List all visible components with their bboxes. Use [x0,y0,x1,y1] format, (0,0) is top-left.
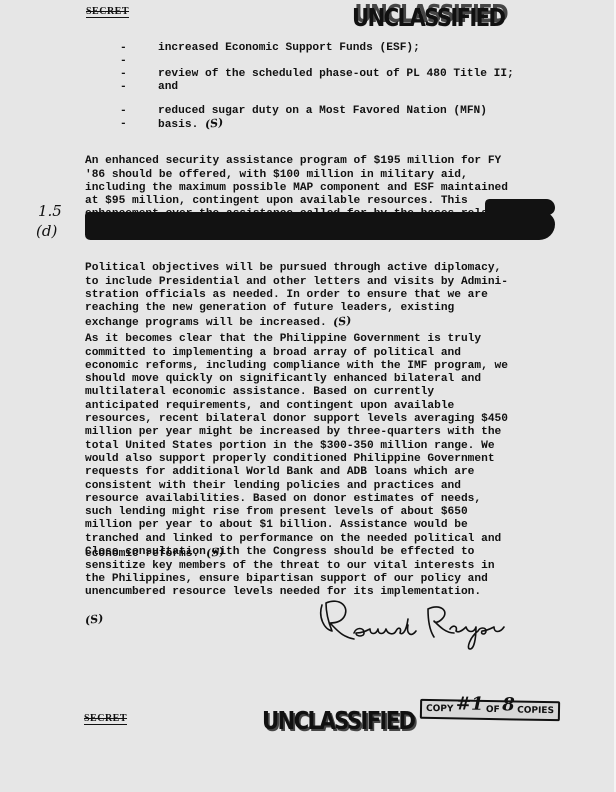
classification-mark: (S) [84,612,104,628]
copy-number-stamp: COPY #1 OF 8 COPIES [420,699,560,721]
paragraph-economic-assistance: As it becomes clear that the Philippine … [85,320,555,561]
header-unclassified-stamp: UNCLASSIFIED UNCLASSIFIED [352,3,504,32]
footer-unclassified-stamp: UNCLASSIFIED UNCLASSIFIED [262,706,414,735]
redaction-bar [85,212,555,240]
signature-ronald-reagan-icon [310,595,510,655]
bullet-dash: -- [120,68,127,93]
bullet-text: review of the scheduled phase-out of PL … [158,68,558,93]
margin-note-exemption-code: (d) [36,222,57,240]
paragraph-text: As it becomes clear that the Philippine … [85,333,508,560]
document-page: SECRET UNCLASSIFIED UNCLASSIFIED -- incr… [0,0,616,792]
footer-unclassified-stamp-overprint: UNCLASSIFIED [264,708,416,737]
copy-stamp-of: OF [486,705,500,715]
header-unclassified-stamp-overprint: UNCLASSIFIED [355,0,507,28]
classification-mark: (S) [204,116,224,131]
bullet-text: increased Economic Support Funds (ESF); [158,42,558,55]
copy-total: 8 [502,694,515,715]
paragraph-text: Close consultation with the Congress sho… [85,546,495,598]
bullet-dash: -- [120,105,127,130]
paragraph-political-objectives: Political objectives will be pursued thr… [85,249,555,331]
copy-number: #1 [456,693,484,714]
bullet-text: reduced sugar duty on a Most Favored Nat… [158,105,558,131]
bullet-dash: -- [120,42,127,67]
copy-stamp-suffix: COPIES [517,705,554,716]
copy-stamp-prefix: COPY [426,704,454,714]
footer-secret-marking: SECRET [84,713,127,725]
header-secret-marking: SECRET [86,6,129,18]
margin-note-exemption: 1.5 [38,202,62,220]
signature: Ronald Reagan [310,595,510,655]
